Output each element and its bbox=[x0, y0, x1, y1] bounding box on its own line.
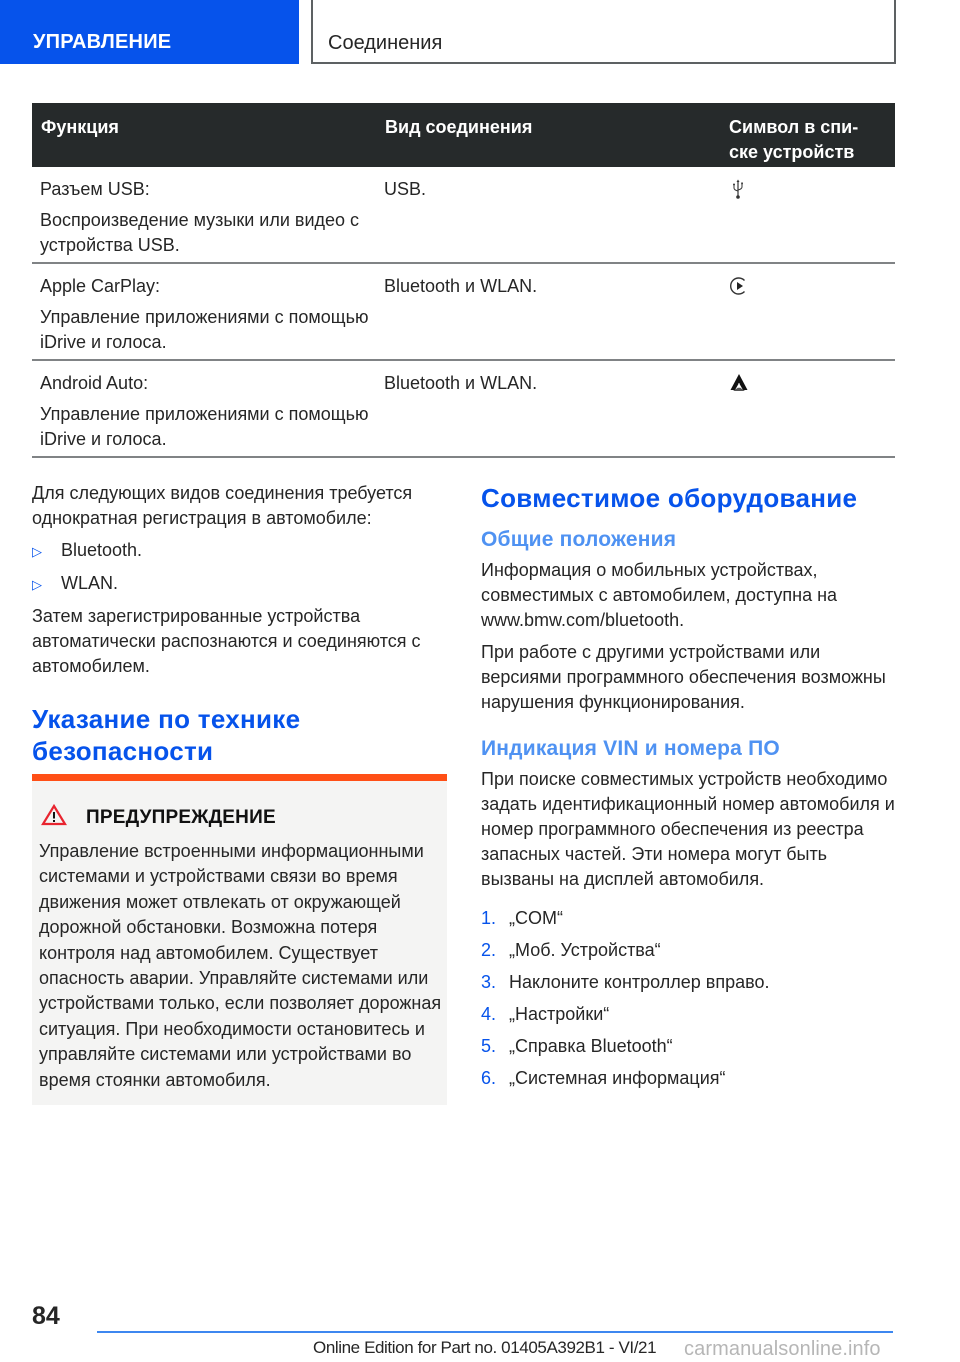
table-row: Android Auto: Управление приложениями с … bbox=[32, 361, 895, 458]
chapter-tab: УПРАВЛЕНИЕ bbox=[0, 0, 299, 64]
list-item: 5.„Справка Bluetooth“ bbox=[481, 1034, 896, 1059]
function-title: Разъем USB: bbox=[40, 177, 380, 202]
connection-cell: Bluetooth и WLAN. bbox=[384, 274, 537, 299]
steps-list: 1.„COM“ 2.„Моб. Устройства“ 3.Наклоните … bbox=[481, 906, 896, 1091]
bullet-text: Bluetooth. bbox=[61, 538, 142, 564]
footer-divider bbox=[97, 1331, 893, 1333]
function-description: Воспроизведение музыки или видео с устро… bbox=[40, 208, 380, 258]
column-header-connection: Вид соединения bbox=[385, 115, 532, 140]
step-number: 5. bbox=[481, 1034, 509, 1059]
bullet-triangle-icon: ▷ bbox=[32, 538, 61, 564]
table-header: Функция Вид соединения Символ в спи- ске… bbox=[32, 103, 895, 167]
warning-title: ПРЕДУПРЕЖДЕНИЕ bbox=[86, 807, 276, 829]
step-text: „Справка Bluetooth“ bbox=[509, 1034, 673, 1059]
warning-header: ПРЕДУПРЕЖДЕНИЕ bbox=[41, 804, 276, 831]
registration-intro: Для следующих видов соединения требуется… bbox=[32, 481, 447, 531]
function-cell: Android Auto: Управление приложениями с … bbox=[40, 371, 380, 458]
list-item: 4.„Настройки“ bbox=[481, 1002, 896, 1027]
column-header-symbol: Символ в спи- ске устройств bbox=[729, 115, 889, 165]
function-title: Apple CarPlay: bbox=[40, 274, 380, 299]
section-breadcrumb: Соединения bbox=[311, 0, 896, 64]
function-description: Управление приложениями с помощью iDrive… bbox=[40, 305, 380, 355]
connection-cell: USB. bbox=[384, 177, 426, 202]
warning-text: Управление встроенными информационными с… bbox=[39, 839, 443, 1093]
vin-heading: Индикация VIN и номера ПО bbox=[481, 735, 896, 763]
function-description: Управление приложениями с помощью iDrive… bbox=[40, 402, 380, 452]
function-cell: Apple CarPlay: Управление приложениями с… bbox=[40, 274, 380, 361]
step-text: Наклоните контроллер вправо. bbox=[509, 970, 769, 995]
function-title: Android Auto: bbox=[40, 371, 380, 396]
step-number: 6. bbox=[481, 1066, 509, 1091]
general-paragraph-1: Информация о мобильных устройствах, совм… bbox=[481, 558, 896, 633]
list-item: 3.Наклоните контроллер вправо. bbox=[481, 970, 896, 995]
table-row: Apple CarPlay: Управление приложениями с… bbox=[32, 264, 895, 361]
step-number: 2. bbox=[481, 938, 509, 963]
function-cell: Разъем USB: Воспроизведение музыки или в… bbox=[40, 177, 380, 264]
bullet-triangle-icon: ▷ bbox=[32, 571, 61, 597]
list-item: ▷ Bluetooth. bbox=[32, 538, 447, 564]
right-column: Совместимое оборудование Общие положения… bbox=[481, 481, 896, 1098]
warning-box: ПРЕДУПРЕЖДЕНИЕ Управление встроенными ин… bbox=[32, 774, 447, 1105]
connection-cell: Bluetooth и WLAN. bbox=[384, 371, 537, 396]
step-text: „Настройки“ bbox=[509, 1002, 609, 1027]
left-column: Для следующих видов соединения требуется… bbox=[32, 481, 447, 767]
chapter-title: УПРАВЛЕНИЕ bbox=[33, 31, 171, 53]
table-row: Разъем USB: Воспроизведение музыки или в… bbox=[32, 167, 895, 264]
list-item: ▷ WLAN. bbox=[32, 571, 447, 597]
general-heading: Общие положения bbox=[481, 526, 896, 554]
step-number: 4. bbox=[481, 1002, 509, 1027]
vin-paragraph: При поиске совместимых устройств необход… bbox=[481, 767, 896, 892]
step-text: „COM“ bbox=[509, 906, 563, 931]
android-auto-icon bbox=[729, 373, 749, 393]
step-number: 3. bbox=[481, 970, 509, 995]
watermark: carmanualsonline.info bbox=[684, 1338, 881, 1361]
list-item: 6.„Системная информация“ bbox=[481, 1066, 896, 1091]
carplay-icon bbox=[729, 276, 749, 296]
auto-connect-text: Затем зарегистрированные устройства авто… bbox=[32, 604, 447, 679]
page-number: 84 bbox=[32, 1302, 60, 1331]
step-text: „Моб. Устройства“ bbox=[509, 938, 661, 963]
step-text: „Системная информация“ bbox=[509, 1066, 726, 1091]
column-header-function: Функция bbox=[41, 115, 119, 140]
list-item: 2.„Моб. Устройства“ bbox=[481, 938, 896, 963]
general-paragraph-2: При работе с другими устройствами или ве… bbox=[481, 640, 896, 715]
step-number: 1. bbox=[481, 906, 509, 931]
usb-icon bbox=[729, 179, 749, 199]
safety-heading: Указание по технике безопасности bbox=[32, 703, 332, 767]
list-item: 1.„COM“ bbox=[481, 906, 896, 931]
warning-triangle-icon bbox=[41, 804, 67, 831]
bullet-text: WLAN. bbox=[61, 571, 118, 597]
compatible-hardware-heading: Совместимое оборудование bbox=[481, 482, 896, 514]
section-title: Соединения bbox=[328, 32, 442, 54]
connection-table: Функция Вид соединения Символ в спи- ске… bbox=[32, 103, 895, 458]
edition-text: Online Edition for Part no. 01405A392B1 … bbox=[313, 1338, 656, 1358]
